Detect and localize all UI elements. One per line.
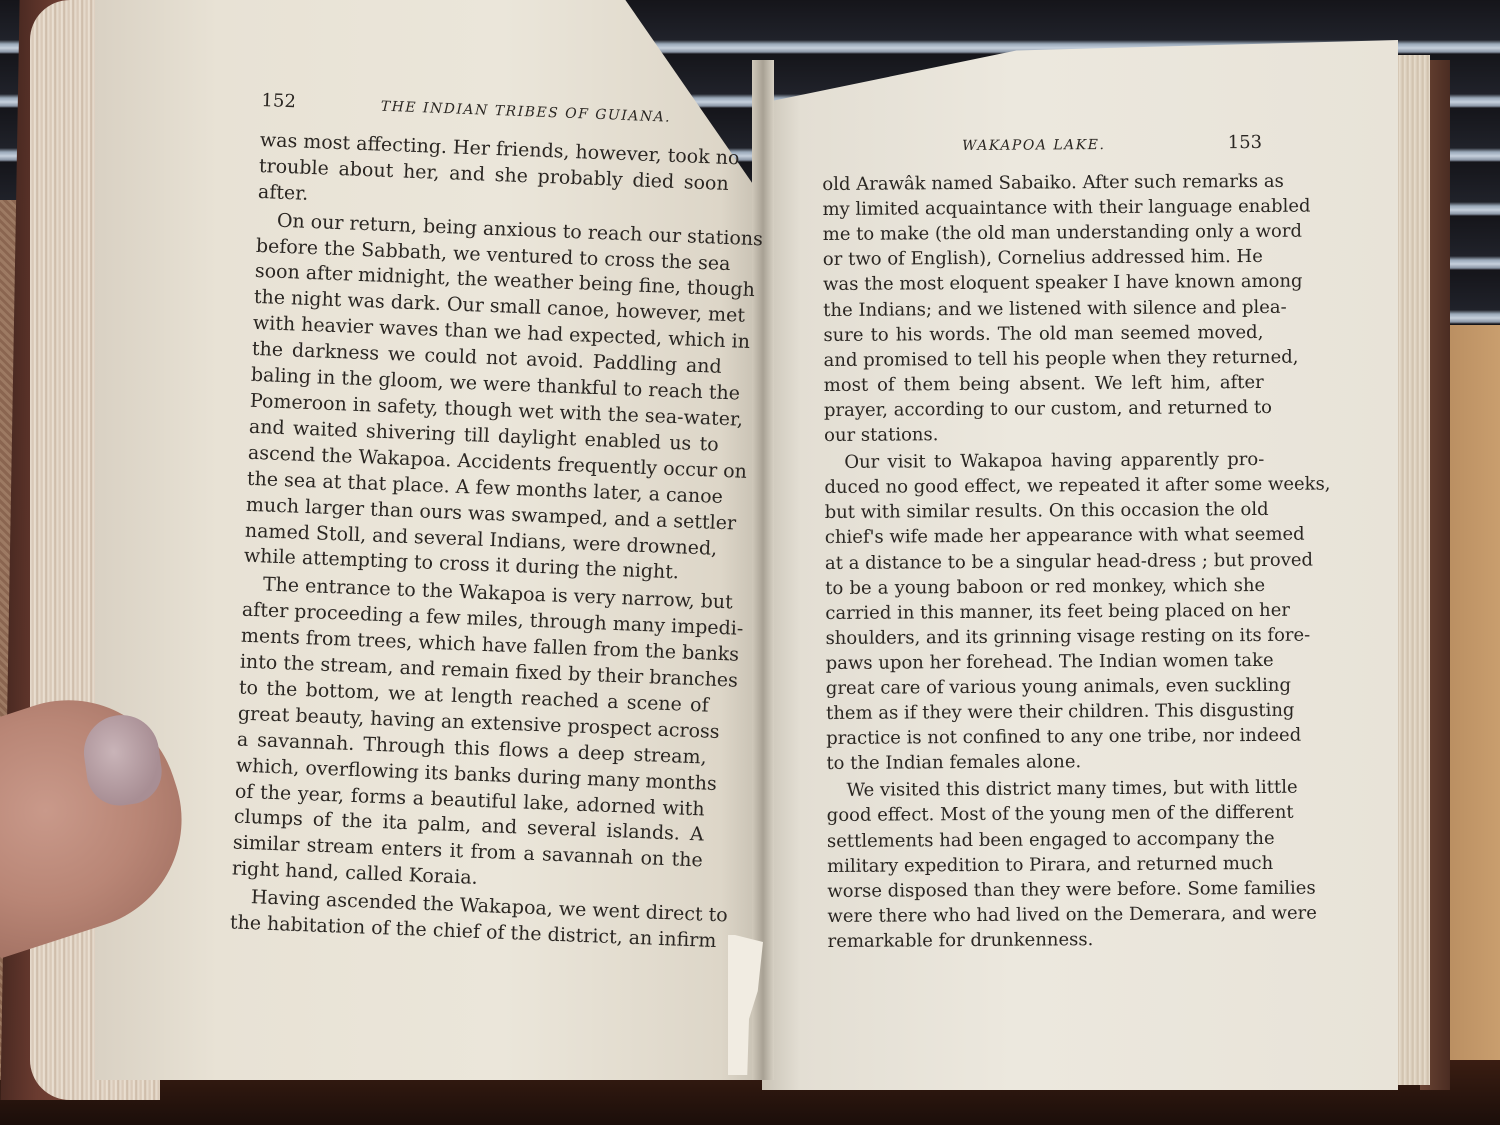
right-page-text: WAKAPOA LAKE. 153 old Arawâk named Sabai…: [822, 130, 1268, 956]
cardboard-background: [1445, 325, 1500, 1125]
text-line: our stations.: [824, 420, 1264, 448]
left-page-text: 152 THE INDIAN TRIBES OF GUIANA. was mos…: [229, 88, 731, 956]
right-page-body: old Arawâk named Sabaiko. After such rem…: [822, 169, 1267, 954]
text-line: paws upon her forehead. The Indian women…: [826, 648, 1266, 676]
text-line: were there who had lived on the Demerara…: [827, 901, 1267, 929]
text-line: sure to his words. The old man seemed mo…: [823, 320, 1263, 348]
book-gutter: [752, 60, 774, 1080]
text-line: practice is not confined to any one trib…: [826, 723, 1266, 751]
text-line: or two of English), Cornelius addressed …: [823, 244, 1263, 272]
text-line: the Indians; and we listened with silenc…: [823, 294, 1263, 322]
text-line: remarkable for drunkenness.: [828, 926, 1268, 954]
paragraph: old Arawâk named Sabaiko. After such rem…: [822, 169, 1264, 448]
left-page-body: was most affecting. Her friends, however…: [229, 128, 730, 955]
right-running-head: WAKAPOA LAKE. 153: [822, 130, 1262, 160]
paragraph: We visited this district many times, but…: [827, 775, 1268, 954]
text-line: chief's wife made her appearance with wh…: [825, 522, 1265, 550]
text-line: prayer, according to our custom, and ret…: [824, 395, 1264, 423]
paragraph: On our return, being anxious to reach ou…: [243, 208, 727, 588]
text-line: great care of various young animals, eve…: [826, 673, 1266, 701]
text-line: and promised to tell his people when the…: [823, 345, 1263, 373]
text-line: my limited acquaintance with their langu…: [822, 194, 1262, 222]
text-line: to the Indian females alone.: [826, 748, 1266, 776]
text-line: Our visit to Wakapoa having apparently p…: [824, 447, 1264, 475]
text-line: good effect. Most of the young men of th…: [827, 800, 1267, 828]
text-line: worse disposed than they were before. So…: [827, 876, 1267, 904]
text-line: but with similar results. On this occasi…: [825, 497, 1265, 525]
text-line: military expedition to Pirara, and retur…: [827, 851, 1267, 879]
text-line: old Arawâk named Sabaiko. After such rem…: [822, 169, 1262, 197]
text-line: shoulders, and its grinning visage resti…: [825, 623, 1265, 651]
paragraph: was most affecting. Her friends, however…: [257, 128, 730, 224]
text-line: them as if they were their children. Thi…: [826, 698, 1266, 726]
text-line: We visited this district many times, but…: [827, 775, 1267, 803]
text-line: to be a young baboon or red monkey, whic…: [825, 573, 1265, 601]
text-line: carried in this manner, its feet being p…: [825, 598, 1265, 626]
page-number: 152: [261, 88, 296, 115]
paragraph: The entrance to the Wakapoa is very narr…: [231, 572, 713, 901]
paragraph: Our visit to Wakapoa having apparently p…: [824, 447, 1266, 776]
text-line: was the most eloquent speaker I have kno…: [823, 269, 1263, 297]
text-line: duced no good effect, we repeated it aft…: [824, 472, 1264, 500]
text-line: at a distance to be a singular head-dres…: [825, 547, 1265, 575]
page-number: 153: [1228, 130, 1263, 155]
text-line: most of them being absent. We left him, …: [824, 370, 1264, 398]
running-head-title: WAKAPOA LAKE.: [962, 133, 1105, 159]
text-line: settlements had been engaged to accompan…: [827, 825, 1267, 853]
text-line: me to make (the old man understanding on…: [823, 219, 1263, 247]
